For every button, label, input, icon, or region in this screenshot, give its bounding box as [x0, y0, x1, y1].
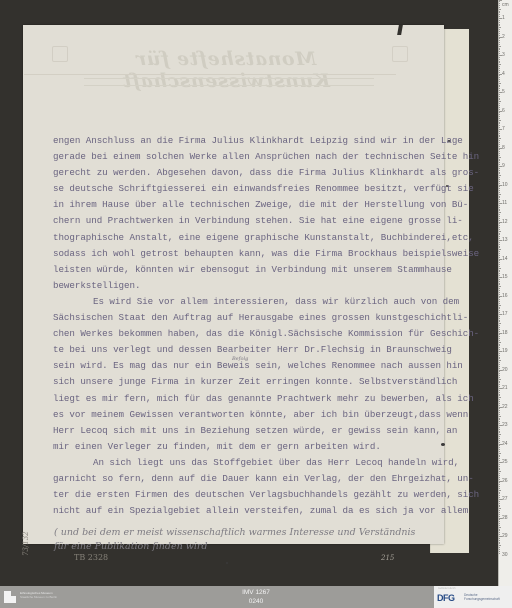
ruler-tick [499, 297, 500, 298]
ruler-tick [499, 79, 500, 80]
ruler-tick [499, 109, 500, 110]
text-line: es vor meinem Gewissen verantworten könn… [53, 407, 443, 423]
text-line: garnicht so fern, denn auf die Dauer kan… [53, 471, 443, 487]
ruler-tick [499, 49, 500, 50]
ruler-tick [499, 547, 500, 548]
ruler-tick [499, 262, 500, 263]
ruler-tick [499, 9, 501, 10]
ruler-tick [499, 416, 501, 417]
ruler-tick [499, 283, 500, 284]
ruler-tick [499, 64, 501, 65]
ruler-tick [499, 227, 500, 228]
ruler-tick [499, 427, 500, 428]
ruler-tick [499, 148, 502, 149]
ruler-tick [499, 170, 500, 171]
ruler-tick [499, 351, 502, 352]
ruler-tick [499, 321, 500, 322]
museum-logo-icon [4, 591, 16, 603]
ruler-tick [499, 273, 500, 274]
ruler-tick [499, 397, 501, 398]
ruler-tick [499, 66, 500, 67]
ruler-tick [499, 523, 500, 524]
ruler-tick [499, 534, 500, 535]
ruler-tick [499, 222, 502, 223]
ruler-tick [499, 197, 500, 198]
text-line: sodass ich wohl getrost behaupten kann, … [53, 246, 443, 262]
ruler-label: 14 [502, 256, 508, 262]
ruler-tick [499, 294, 500, 295]
ruler-tick [499, 286, 501, 287]
text-line: An sich liegt uns das Stoffgebiet über d… [53, 455, 443, 471]
text-line: nicht auf ein Spezialgebiet allein verst… [53, 503, 443, 519]
ruler-tick [499, 386, 500, 387]
typewritten-body: engen Anschluss an die Firma Julius Klin… [53, 133, 443, 519]
ruler-tick [499, 188, 500, 189]
ruler-tick [499, 264, 500, 265]
ruler-tick [499, 308, 500, 309]
ruler-tick [499, 382, 500, 383]
ruler-tick [499, 42, 500, 43]
ruler-tick [499, 157, 501, 158]
ruler-tick [499, 20, 500, 21]
ruler-tick [499, 5, 500, 6]
ruler-tick [499, 495, 500, 496]
ruler-tick [499, 473, 500, 474]
ruler-tick [499, 101, 501, 102]
text-line: gerecht zu werden. Abgesehen davon, dass… [53, 165, 443, 181]
ruler-tick [499, 431, 500, 432]
ruler-label: 20 [502, 367, 508, 373]
ruler-tick [499, 247, 500, 248]
ruler-tick [499, 477, 500, 478]
ruler-tick [499, 493, 500, 494]
ruler-tick [499, 75, 500, 76]
ruler-tick [499, 35, 500, 36]
ruler-tick [499, 253, 500, 254]
text-line: se deutsche Schriftgiesserei ein einwand… [53, 181, 443, 197]
measurement-ruler: cm 1234567891011121314151617181920212223… [498, 0, 512, 586]
ruler-tick [499, 394, 500, 395]
institution-block: Ethnologisches Museum Staatliche Museen … [20, 591, 57, 599]
ruler-tick [499, 216, 500, 217]
ruler-tick [499, 72, 500, 73]
ruler-tick [499, 451, 500, 452]
text-line: Sächsischen Staat den Auftrag auf Heraus… [53, 310, 443, 326]
ruler-tick [499, 214, 500, 215]
ruler-tick [499, 107, 500, 108]
letterhead-bleedthrough: Monatshefte für Kunstwissenschaft [24, 18, 394, 82]
ruler-tick [499, 53, 500, 54]
ruler-tick [499, 384, 500, 385]
text-line: chern und Prachtwerken in Verbindung ste… [53, 213, 443, 229]
ruler-tick [499, 162, 500, 163]
ruler-tick [499, 327, 500, 328]
ruler-tick [499, 105, 500, 106]
ruler-tick [499, 120, 501, 121]
ruler-label: 15 [502, 274, 508, 280]
ruler-label: 13 [502, 237, 508, 243]
sponsor-name: Deutsche Forschungsgemeinschaft [464, 593, 500, 601]
ruler-tick [499, 74, 502, 75]
ruler-tick [499, 425, 502, 426]
ruler-tick [499, 375, 500, 376]
ruler-tick [499, 231, 501, 232]
ruler-tick [499, 173, 500, 174]
ruler-tick [499, 181, 500, 182]
letterhead-rule [24, 74, 396, 75]
ruler-tick [499, 444, 502, 445]
punch-dot [448, 140, 450, 142]
dfg-sponsor-block: Gefördert durch DFG Deutsche Forschungsg… [434, 586, 512, 608]
ruler-tick [499, 133, 500, 134]
ruler-label: 6 [502, 108, 505, 114]
ruler-tick [499, 61, 500, 62]
ruler-tick [499, 284, 500, 285]
ruler-tick [499, 512, 500, 513]
ruler-tick [499, 81, 500, 82]
ruler-tick [499, 442, 500, 443]
ruler-label: 11 [502, 200, 507, 206]
ruler-tick [499, 468, 500, 469]
ruler-tick [499, 118, 500, 119]
ruler-tick [499, 345, 500, 346]
ruler-tick [499, 70, 500, 71]
ruler-tick [499, 390, 500, 391]
ruler-tick [499, 323, 501, 324]
ruler-tick [499, 310, 500, 311]
ruler-tick [499, 55, 502, 56]
ruler-tick [499, 229, 500, 230]
ruler-tick [499, 373, 500, 374]
ruler-tick [499, 518, 502, 519]
interlinear-correction: Befolg [232, 356, 248, 362]
ruler-tick [499, 244, 500, 245]
ruler-label: 18 [502, 330, 508, 336]
ruler-tick [499, 360, 501, 361]
ruler-tick [499, 155, 500, 156]
ruler-tick [499, 151, 500, 152]
ruler-tick [499, 292, 500, 293]
ruler-tick [499, 220, 500, 221]
ruler-tick [499, 233, 500, 234]
margin-annotation: 73/132 [22, 531, 30, 556]
ruler-tick [499, 196, 500, 197]
ruler-label: 22 [502, 404, 508, 410]
ruler-tick [499, 29, 500, 30]
ruler-label: 23 [502, 422, 508, 428]
ruler-tick [499, 149, 500, 150]
ruler-tick [499, 503, 500, 504]
ruler-label: 12 [502, 219, 508, 225]
ruler-tick [499, 207, 500, 208]
ruler-tick [499, 27, 501, 28]
ornament-left-icon [52, 46, 68, 62]
ruler-tick [499, 242, 500, 243]
ruler-tick [499, 138, 501, 139]
ruler-tick [499, 59, 500, 60]
ruler-tick [499, 466, 500, 467]
ruler-tick [499, 366, 500, 367]
ruler-tick [499, 453, 501, 454]
ruler-tick [499, 312, 500, 313]
ruler-tick [499, 14, 500, 15]
ruler-tick [499, 260, 500, 261]
ruler-tick [499, 153, 500, 154]
ruler-tick [499, 86, 500, 87]
sponsor-name-line-2: Forschungsgemeinschaft [464, 597, 500, 601]
ruler-tick [499, 538, 500, 539]
ruler-tick [499, 505, 500, 506]
ruler-tick [499, 183, 500, 184]
ruler-tick [499, 545, 501, 546]
ruler-tick [499, 172, 500, 173]
ruler-tick [499, 192, 500, 193]
ruler-tick [499, 301, 500, 302]
pencil-page-number: 215 [381, 554, 394, 562]
ruler-tick [499, 320, 500, 321]
ruler-tick [499, 432, 500, 433]
ruler-tick [499, 364, 500, 365]
ruler-tick [499, 31, 500, 32]
ruler-tick [499, 51, 500, 52]
ruler-tick [499, 125, 500, 126]
ruler-tick [499, 456, 500, 457]
ruler-tick [499, 407, 502, 408]
sponsor-caption: Gefördert durch [438, 587, 456, 590]
ruler-tick [499, 142, 500, 143]
ruler-tick [499, 381, 500, 382]
ruler-tick [499, 497, 500, 498]
ruler-tick [499, 98, 500, 99]
ruler-tick [499, 205, 500, 206]
ruler-label: 10 [502, 182, 508, 188]
ruler-tick [499, 530, 500, 531]
ruler-tick [499, 469, 500, 470]
ruler-tick [499, 18, 502, 19]
ruler-label: 19 [502, 348, 508, 354]
ruler-tick [499, 144, 500, 145]
ruler-label: 26 [502, 478, 508, 484]
ruler-tick [499, 521, 500, 522]
text-line: Es wird Sie vor allem interessieren, das… [53, 294, 443, 310]
ruler-tick [499, 257, 500, 258]
ruler-tick [499, 48, 500, 49]
ruler-tick [499, 240, 502, 241]
ruler-tick [499, 458, 500, 459]
ruler-tick [499, 201, 500, 202]
ruler-tick [499, 225, 500, 226]
ruler-tick [499, 279, 500, 280]
text-line: liegt es mir fern, mich für das genannte… [53, 391, 443, 407]
text-line: Herr Lecoq sich mit uns in Beziehung set… [53, 423, 443, 439]
text-line: sich unsere junge Firma in kurzer Zeit e… [53, 374, 443, 390]
ruler-label: 27 [502, 496, 508, 502]
ruler-tick [499, 246, 500, 247]
ruler-tick [499, 218, 500, 219]
ruler-tick [499, 423, 500, 424]
ruler-tick [499, 88, 500, 89]
ruler-tick [499, 85, 500, 86]
ruler-tick [499, 370, 502, 371]
ruler-tick [499, 371, 500, 372]
ruler-tick [499, 236, 500, 237]
ruler-tick [499, 266, 500, 267]
ruler-tick [499, 492, 500, 493]
ruler-tick [499, 38, 500, 39]
ruler-tick [499, 340, 500, 341]
ruler-tick [499, 111, 502, 112]
ruler-tick [499, 508, 501, 509]
ruler-tick [499, 331, 500, 332]
ruler-tick [499, 362, 500, 363]
text-line: engen Anschluss an die Firma Julius Klin… [53, 133, 443, 149]
ornament-right-icon [392, 46, 408, 62]
ruler-tick [499, 412, 500, 413]
ruler-tick [499, 277, 502, 278]
ruler-tick [499, 275, 500, 276]
ruler-tick [499, 238, 500, 239]
ruler-tick [499, 122, 500, 123]
ruler-tick [499, 514, 500, 515]
ruler-tick [499, 44, 500, 45]
ruler-tick [499, 349, 500, 350]
ruler-tick [499, 190, 500, 191]
ruler-tick [499, 46, 501, 47]
handwritten-line-2: für eine Publikation finden wird [54, 541, 208, 552]
ruler-tick [499, 490, 501, 491]
ruler-tick [499, 33, 500, 34]
ruler-tick [499, 290, 500, 291]
ruler-label: 24 [502, 441, 508, 447]
ruler-tick [499, 127, 500, 128]
ruler-label: 21 [502, 385, 508, 391]
text-line: ter die ersten Firmen des deutschen Verl… [53, 487, 443, 503]
ruler-label: 30 [502, 552, 508, 558]
ruler-label: 7 [502, 126, 505, 132]
page-index: 0240 [206, 597, 306, 606]
ruler-tick [499, 460, 500, 461]
record-id: IMV 1267 [206, 588, 306, 597]
ruler-tick [499, 209, 500, 210]
ruler-tick [499, 255, 500, 256]
ruler-label: 5 [502, 89, 505, 95]
ruler-tick [499, 131, 500, 132]
ruler-tick [499, 305, 501, 306]
ruler-tick [499, 475, 500, 476]
archive-number: TB 2328 [74, 553, 108, 562]
ruler-tick [499, 543, 500, 544]
ruler-tick [499, 96, 500, 97]
ruler-tick [499, 194, 501, 195]
punch-dot [446, 185, 448, 187]
ruler-tick [499, 164, 500, 165]
ruler-tick [499, 259, 502, 260]
ruler-tick [499, 57, 500, 58]
ruler-tick [499, 146, 500, 147]
ruler-tick [499, 553, 500, 554]
ruler-tick [499, 114, 500, 115]
ruler-tick [499, 83, 501, 84]
ruler-tick [499, 486, 500, 487]
text-line: chen Werkes bekommen haben, das die Köni… [53, 326, 443, 342]
ruler-label: 1 [502, 15, 505, 21]
ruler-tick [499, 296, 502, 297]
ruler-tick [499, 249, 501, 250]
ruler-tick [499, 414, 500, 415]
ruler-tick [499, 22, 500, 23]
ruler-tick [499, 405, 500, 406]
ruler-tick [499, 529, 500, 530]
ruler-tick [499, 123, 500, 124]
text-line: mir einen Verleger zu finden, mit dem er… [53, 439, 443, 455]
ruler-tick [499, 24, 500, 25]
ruler-tick [499, 212, 501, 213]
handwritten-line-1: ( und bei dem er meist wissenschaftlich … [54, 527, 415, 538]
ruler-tick [499, 506, 500, 507]
ruler-tick [499, 429, 500, 430]
ruler-tick [499, 519, 500, 520]
ruler-tick [499, 482, 500, 483]
ruler-label: 9 [502, 163, 505, 169]
text-line: gerade bei einem solchen Werke allen Ans… [53, 149, 443, 165]
ruler-tick [499, 388, 502, 389]
text-line: leisten würde, könnten wir ebensogut in … [53, 262, 443, 278]
ruler-tick [499, 199, 500, 200]
ruler-tick [499, 116, 500, 117]
text-line: bewerkstelligen. [53, 278, 443, 294]
ruler-tick [499, 536, 502, 537]
ruler-tick [499, 449, 500, 450]
ruler-label: 4 [502, 71, 505, 77]
ruler-label: 17 [502, 311, 508, 317]
ruler-tick [499, 532, 500, 533]
ruler-tick [499, 103, 500, 104]
ruler-tick [499, 395, 500, 396]
ruler-tick [499, 549, 500, 550]
ruler-tick [499, 403, 500, 404]
ruler-tick [499, 140, 500, 141]
ruler-tick [499, 347, 500, 348]
ruler-tick [499, 462, 502, 463]
ruler-tick [499, 464, 500, 465]
ruler-tick [499, 419, 500, 420]
ruler-tick [499, 401, 500, 402]
clip-mark [441, 443, 445, 446]
ruler-tick [499, 436, 500, 437]
ruler-label: 28 [502, 515, 508, 521]
ruler-tick [499, 471, 501, 472]
ruler-tick [499, 62, 500, 63]
ruler-tick [499, 94, 500, 95]
ruler-tick [499, 418, 500, 419]
ruler-tick [499, 99, 500, 100]
ruler-tick [499, 186, 500, 187]
ruler-tick [499, 281, 500, 282]
ruler-tick [499, 408, 500, 409]
ruler-tick [499, 481, 502, 482]
ruler-tick [499, 434, 501, 435]
ruler-tick [499, 270, 500, 271]
ruler-tick [499, 288, 500, 289]
ruler-tick [499, 447, 500, 448]
ruler-tick [499, 399, 500, 400]
ruler-tick [499, 410, 500, 411]
ruler-tick [499, 159, 500, 160]
ruler-tick [499, 210, 500, 211]
ruler-tick [499, 551, 500, 552]
ruler-tick [499, 479, 500, 480]
ruler-tick [499, 112, 500, 113]
